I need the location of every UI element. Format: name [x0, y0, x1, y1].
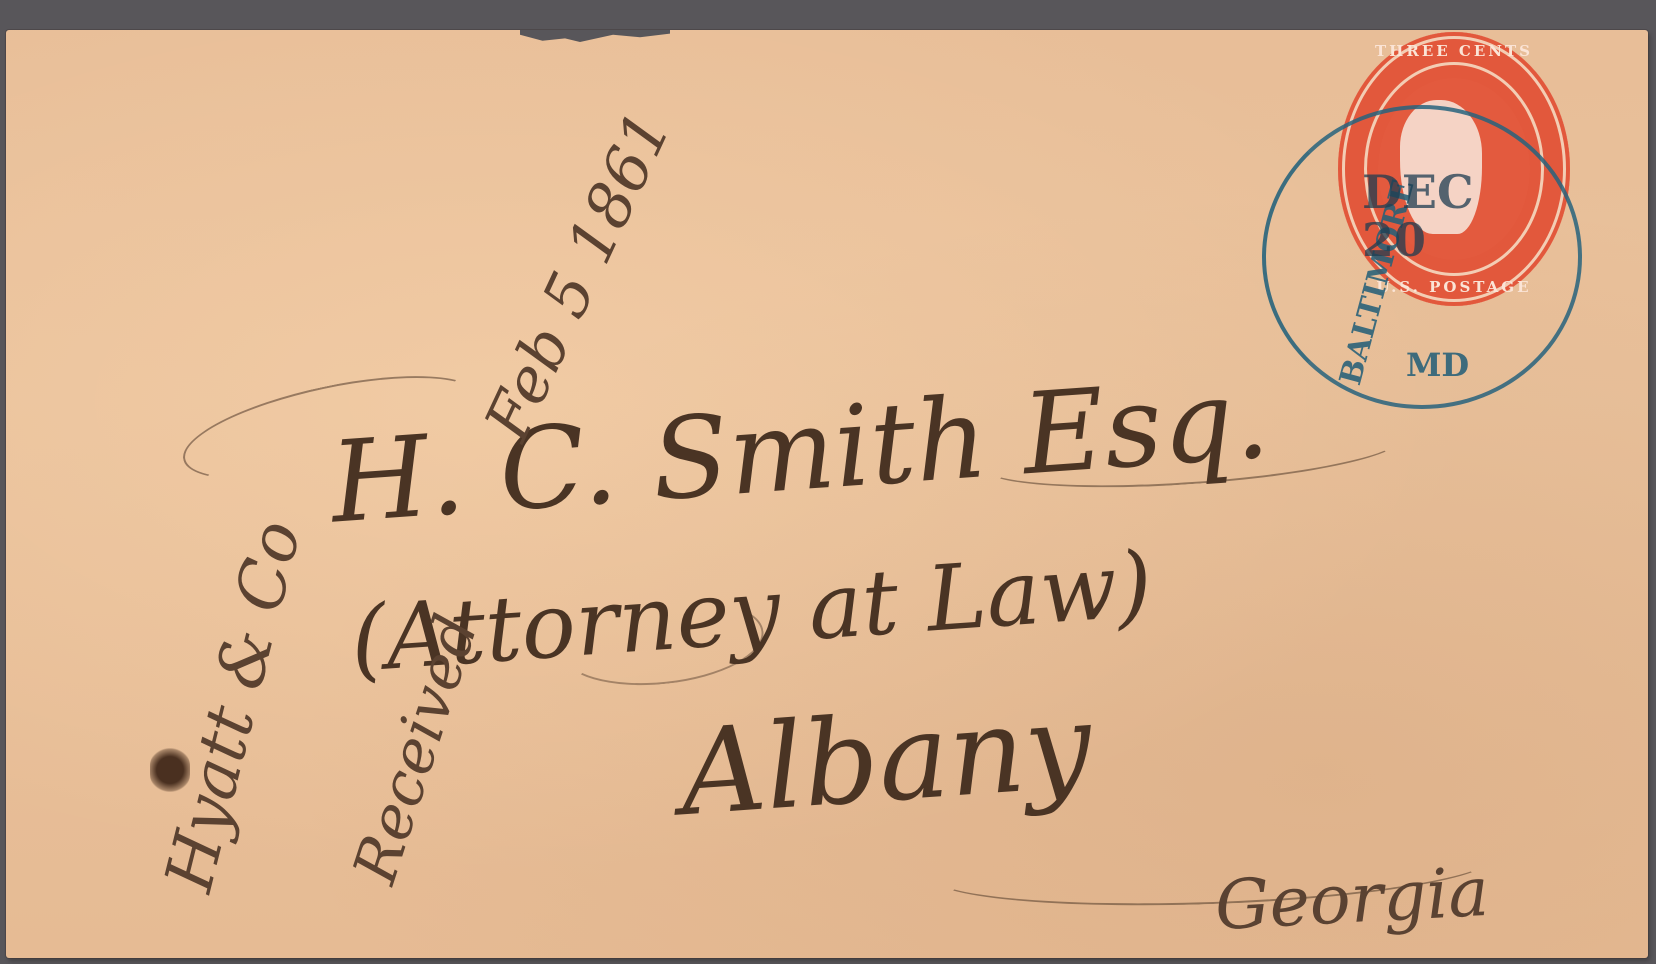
address-city: Albany [676, 676, 1096, 842]
postmark-day: 20 [1362, 216, 1474, 264]
postmark-date: DEC 20 [1362, 168, 1474, 265]
address-state: Georgia [1213, 853, 1491, 946]
postmark-month: DEC [1362, 168, 1474, 216]
stamp-denomination: THREE CENTS [1338, 42, 1570, 60]
postmark-state: MD [1406, 346, 1469, 384]
ink-blot [150, 748, 190, 792]
